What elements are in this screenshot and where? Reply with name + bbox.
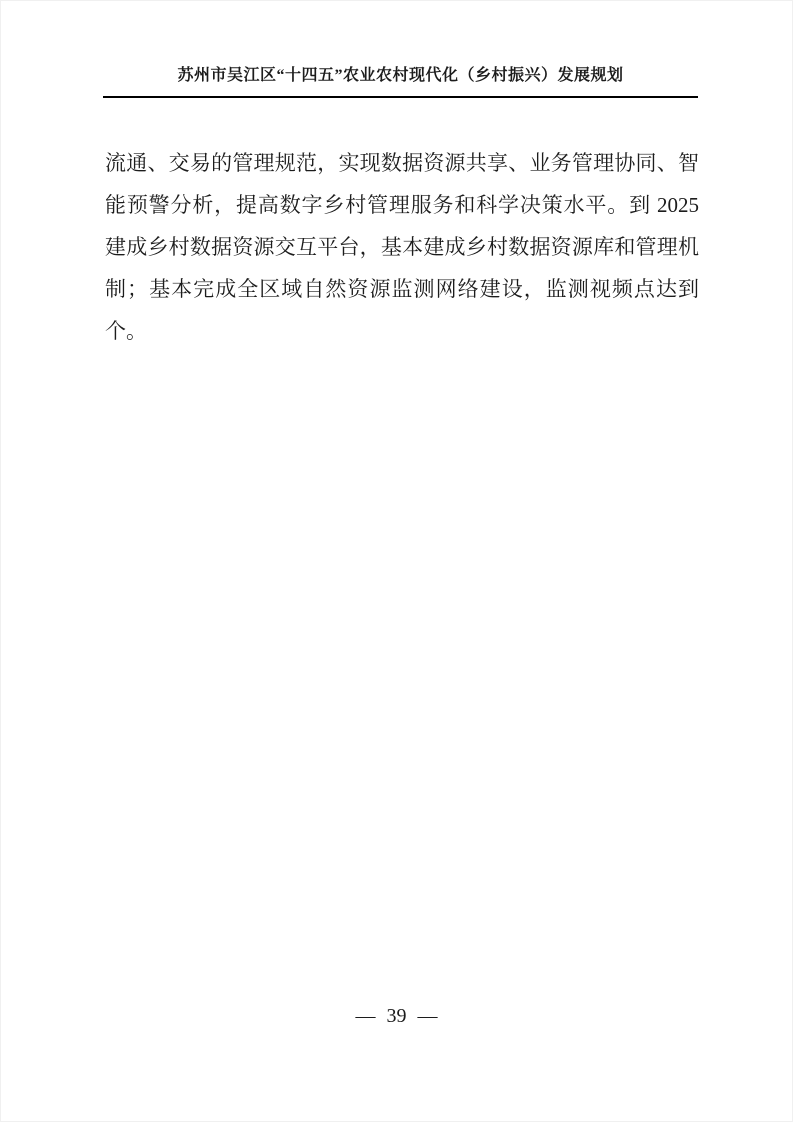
body-paragraph: 流通、交易的管理规范，实现数据资源共享、业务管理协同、智 能预警分析，提高数字乡… bbox=[105, 142, 699, 352]
paragraph-line-3: 建成乡村数据资源交互平台，基本建成乡村数据资源库和管理机 bbox=[105, 226, 699, 268]
header-rule bbox=[103, 96, 698, 98]
paragraph-line-4: 制；基本完成全区域自然资源监测网络建设，监测视频点达到 100 bbox=[105, 268, 699, 310]
paragraph-line-1: 流通、交易的管理规范，实现数据资源共享、业务管理协同、智 bbox=[105, 142, 699, 184]
paragraph-line-2: 能预警分析，提高数字乡村管理服务和科学决策水平。到 2025 年， bbox=[105, 184, 699, 226]
running-header-title: 苏州市吴江区“十四五”农业农村现代化（乡村振兴）发展规划 bbox=[103, 66, 698, 86]
paragraph-line-5: 个。 bbox=[105, 310, 699, 352]
document-page: 苏州市吴江区“十四五”农业农村现代化（乡村振兴）发展规划 流通、交易的管理规范，… bbox=[0, 0, 793, 1122]
page-number: — 39 — bbox=[0, 1002, 793, 1030]
